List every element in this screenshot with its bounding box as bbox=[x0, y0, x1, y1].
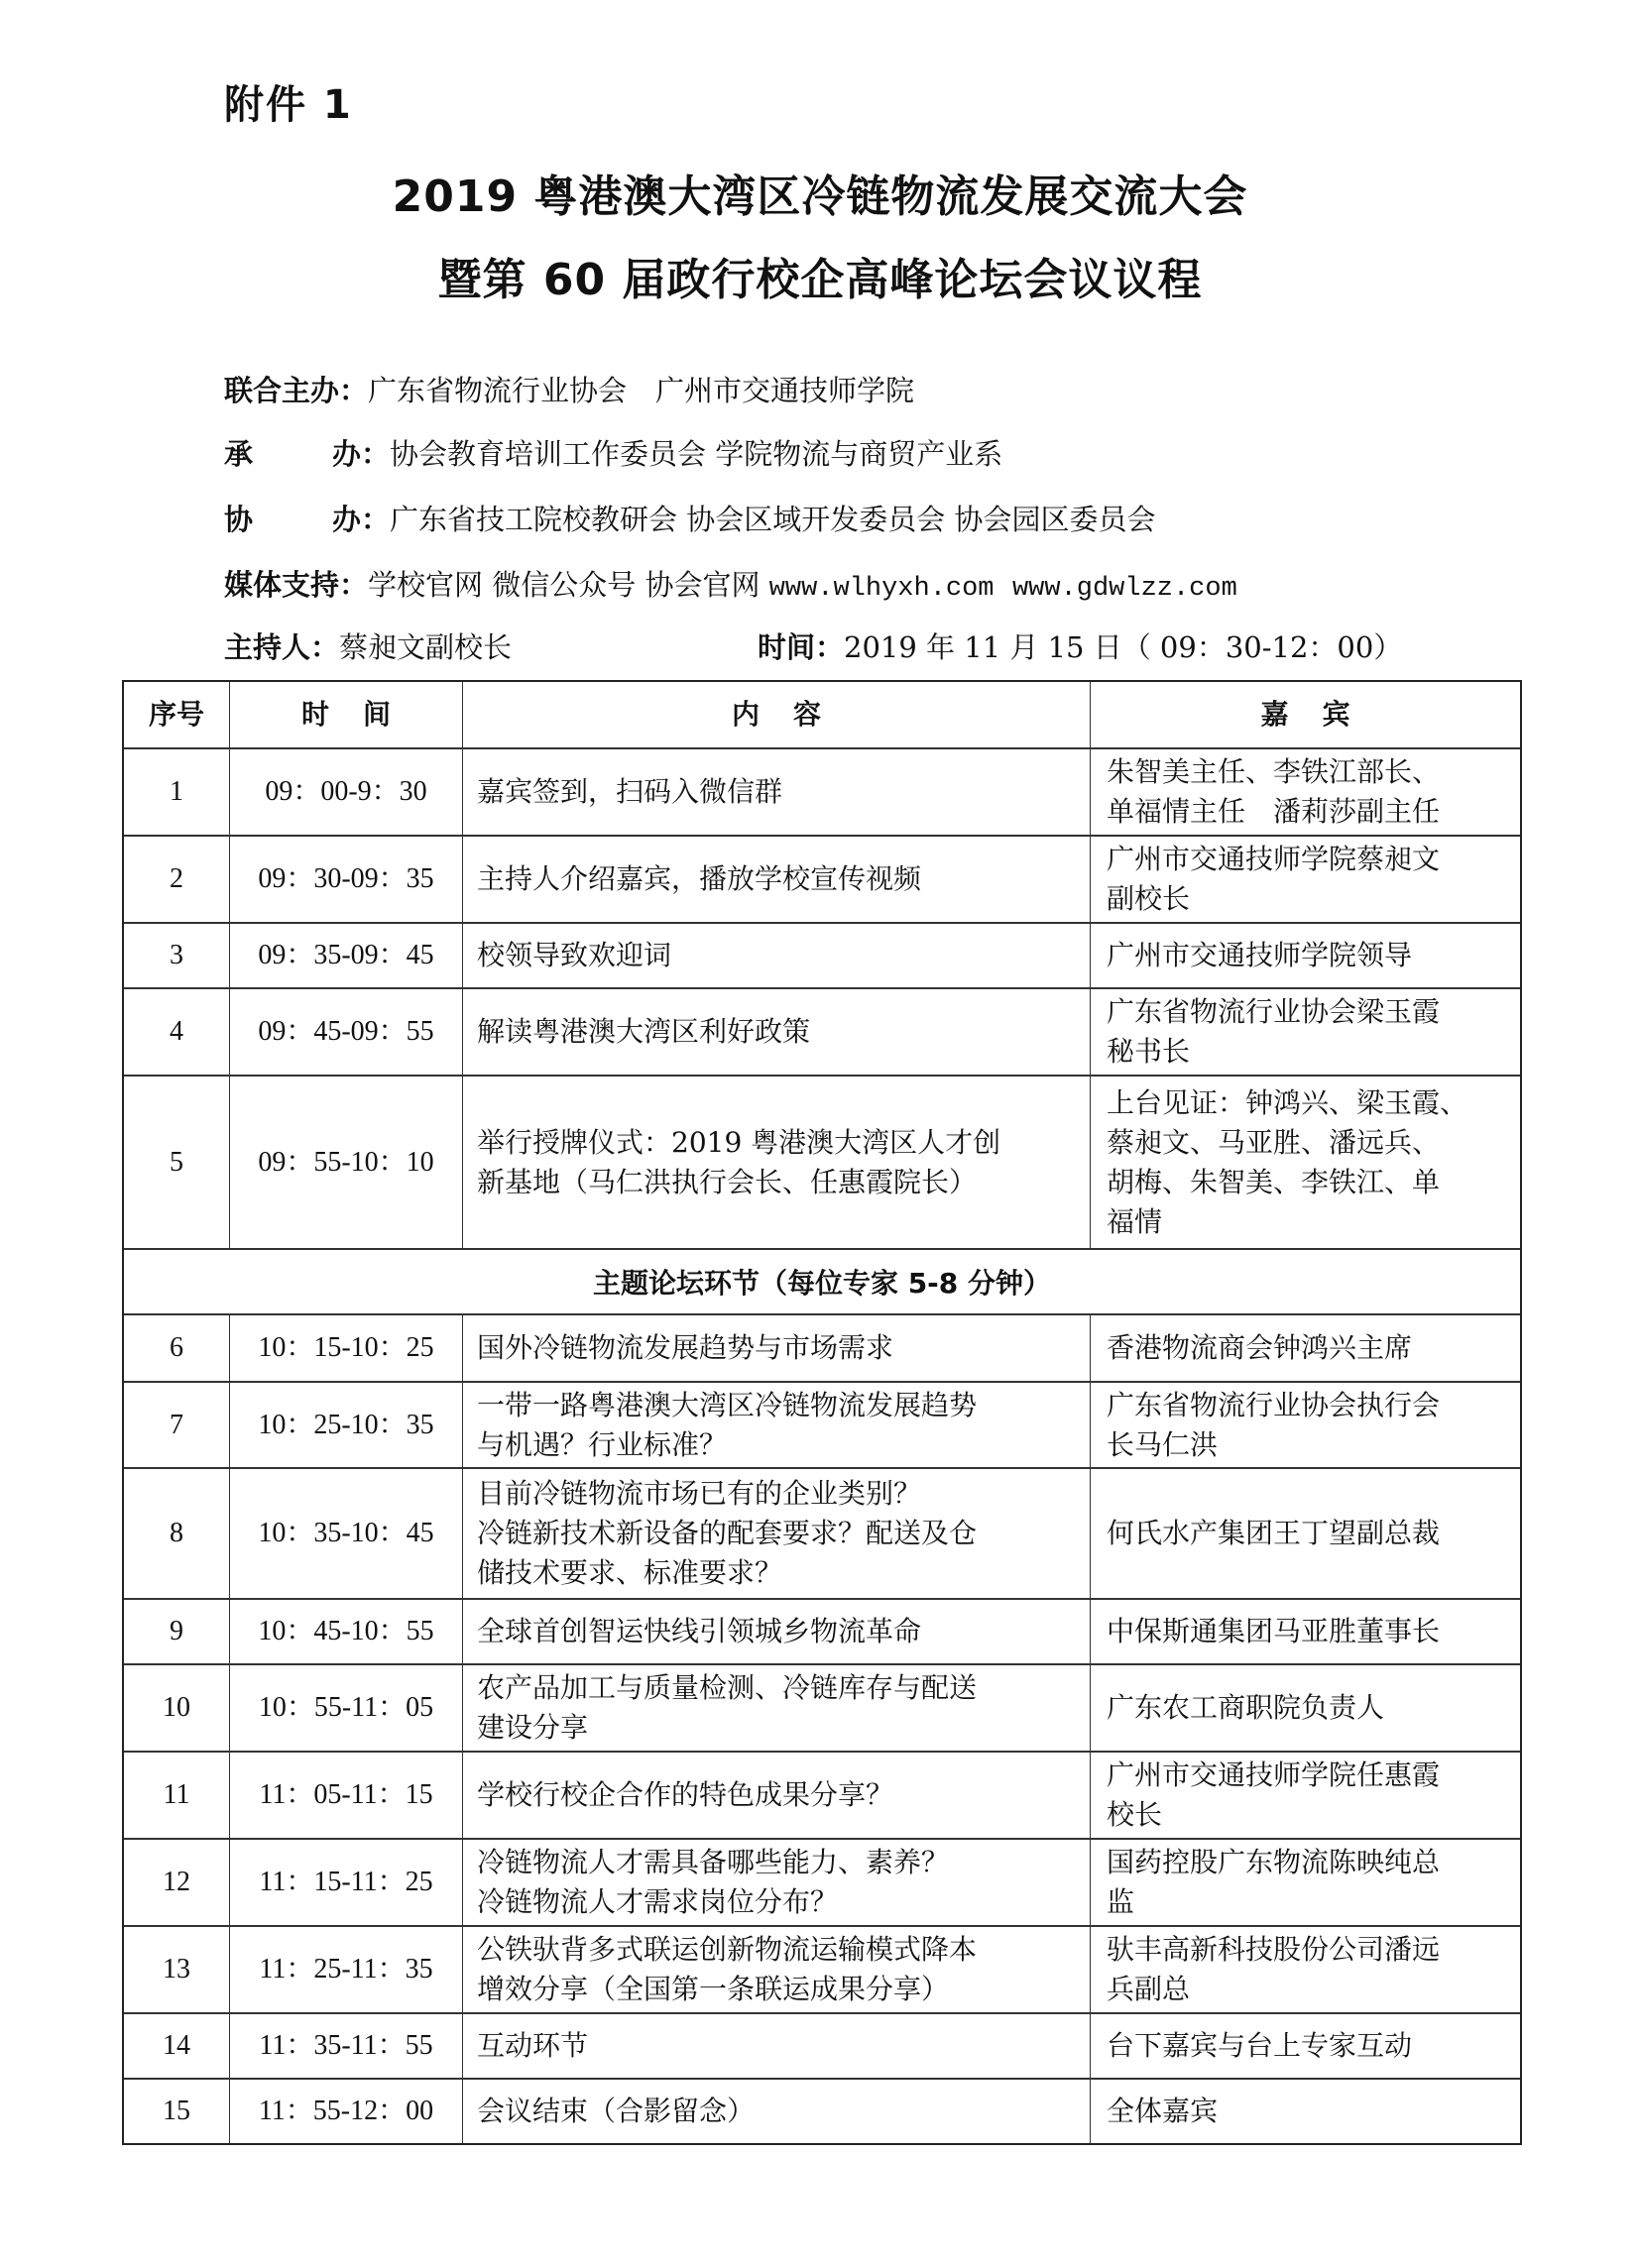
content-line: 国外冷链物流发展趋势与市场需求 bbox=[477, 1328, 893, 1368]
co-host-label-char: 办： bbox=[332, 502, 390, 537]
row-guest: 香港物流商会钟鸿兴主席 bbox=[1090, 1315, 1520, 1381]
row-content: 冷链物流人才需具备哪些能力、素养？冷链物流人才需求岗位分布？ bbox=[462, 1840, 1090, 1925]
guest-line: 广东农工商职院负责人 bbox=[1107, 1688, 1384, 1728]
row-content: 校领导致欢迎词 bbox=[462, 924, 1090, 987]
content-line: 主持人介绍嘉宾，播放学校宣传视频 bbox=[477, 859, 921, 899]
row-content: 学校行校企合作的特色成果分享？ bbox=[462, 1753, 1090, 1838]
row-content: 目前冷链物流市场已有的企业类别？冷链新技术新设备的配套要求？配送及仓储技术要求、… bbox=[462, 1469, 1090, 1598]
attachment-label: 附件 1 bbox=[224, 73, 353, 130]
row-number: 8 bbox=[124, 1469, 229, 1598]
row-guest: 广州市交通技师学院任惠霞校长 bbox=[1090, 1753, 1520, 1838]
table-row: 1111：05-11：15学校行校企合作的特色成果分享？广州市交通技师学院任惠霞… bbox=[124, 1751, 1520, 1838]
row-content: 互动环节 bbox=[462, 2014, 1090, 2078]
co-organizers-label: 联合主办： bbox=[224, 373, 368, 408]
guest-line: 驮丰高新科技股份公司潘远 bbox=[1107, 1930, 1440, 1970]
row-time: 11：05-11：15 bbox=[229, 1753, 462, 1838]
content-line: 互动环节 bbox=[477, 2026, 588, 2066]
header-time-label: 时间 bbox=[301, 695, 424, 735]
row-time: 09：55-10：10 bbox=[229, 1077, 462, 1248]
content-line: 冷链物流人才需求岗位分布？ bbox=[477, 1882, 949, 1922]
row-guest: 广东省物流行业协会梁玉霞秘书长 bbox=[1090, 989, 1520, 1075]
section-title: 主题论坛环节（每位专家 5-8 分钟） bbox=[124, 1250, 1520, 1313]
row-number: 15 bbox=[124, 2080, 229, 2143]
table-row: 810：35-10：45目前冷链物流市场已有的企业类别？冷链新技术新设备的配套要… bbox=[124, 1467, 1520, 1598]
row-guest: 朱智美主任、李铁江部长、单福情主任 潘莉莎副主任 bbox=[1090, 749, 1520, 835]
co-organizers-value: 广东省物流行业协会 广州市交通技师学院 bbox=[368, 374, 914, 407]
header-content: 内容 bbox=[462, 682, 1090, 747]
table-row: 1511：55-12：00会议结束（合影留念）全体嘉宾 bbox=[124, 2078, 1520, 2143]
row-time: 11：15-11：25 bbox=[229, 1840, 462, 1925]
row-content: 全球首创智运快线引领城乡物流革命 bbox=[462, 1600, 1090, 1663]
guest-line: 长马仁洪 bbox=[1107, 1425, 1440, 1465]
guest-line: 广东省物流行业协会执行会 bbox=[1107, 1386, 1440, 1425]
guest-line: 广州市交通技师学院任惠霞 bbox=[1107, 1756, 1440, 1795]
content-line: 全球首创智运快线引领城乡物流革命 bbox=[477, 1612, 921, 1651]
table-row: 610：15-10：25国外冷链物流发展趋势与市场需求香港物流商会钟鸿兴主席 bbox=[124, 1313, 1520, 1381]
header-guest: 嘉宾 bbox=[1090, 682, 1520, 747]
table-row: 1311：25-11：35公铁驮背多式联运创新物流运输模式降本增效分享（全国第一… bbox=[124, 1925, 1520, 2012]
co-host-line: 协办：广东省技工院校教研会 协会区域开发委员会 协会园区委员会 bbox=[224, 502, 1155, 537]
document-title-line-1: 2019 粤港澳大湾区冷链物流发展交流大会 bbox=[0, 161, 1640, 224]
table-row: 910：45-10：55全球首创智运快线引领城乡物流革命中保斯通集团马亚胜董事长 bbox=[124, 1598, 1520, 1663]
content-line: 学校行校企合作的特色成果分享？ bbox=[477, 1775, 893, 1815]
host-label: 主持人： bbox=[224, 629, 339, 665]
content-line: 一带一路粤港澳大湾区冷链物流发展趋势 bbox=[477, 1386, 977, 1425]
guest-line: 朱智美主任、李铁江部长、 bbox=[1107, 752, 1440, 792]
row-number: 9 bbox=[124, 1600, 229, 1663]
row-content: 主持人介绍嘉宾，播放学校宣传视频 bbox=[462, 837, 1090, 922]
content-line: 冷链新技术新设备的配套要求？配送及仓 bbox=[477, 1514, 977, 1553]
guest-line: 何氏水产集团王丁望副总裁 bbox=[1107, 1514, 1440, 1553]
guest-line: 副校长 bbox=[1107, 879, 1440, 919]
co-host-label: 协办： bbox=[224, 502, 390, 537]
row-time: 11：55-12：00 bbox=[229, 2080, 462, 2143]
table-row: 710：25-10：35一带一路粤港澳大湾区冷链物流发展趋势与机遇？行业标准？广… bbox=[124, 1381, 1520, 1467]
row-time: 10：35-10：45 bbox=[229, 1469, 462, 1598]
row-number: 3 bbox=[124, 924, 229, 987]
guest-line: 兵副总 bbox=[1107, 1970, 1440, 2009]
table-row: 409：45-09：55解读粤港澳大湾区利好政策广东省物流行业协会梁玉霞秘书长 bbox=[124, 987, 1520, 1075]
table-header-row: 序号 时间 内容 嘉宾 bbox=[124, 682, 1520, 747]
row-guest: 广州市交通技师学院蔡昶文副校长 bbox=[1090, 837, 1520, 922]
co-host-label-char: 协 bbox=[224, 502, 253, 537]
organizer-label: 承办： bbox=[224, 436, 390, 472]
row-guest: 全体嘉宾 bbox=[1090, 2080, 1520, 2143]
row-guest: 国药控股广东物流陈映纯总监 bbox=[1090, 1840, 1520, 1925]
meeting-time-label: 时间： bbox=[758, 630, 844, 664]
row-time: 10：25-10：35 bbox=[229, 1383, 462, 1467]
row-number: 7 bbox=[124, 1383, 229, 1467]
row-number: 10 bbox=[124, 1665, 229, 1751]
media-support-label: 媒体支持： bbox=[224, 567, 368, 603]
header-content-label: 内容 bbox=[732, 695, 855, 735]
guest-line: 校长 bbox=[1107, 1795, 1440, 1835]
guest-line: 福情 bbox=[1107, 1202, 1467, 1242]
content-line: 公铁驮背多式联运创新物流运输模式降本 bbox=[477, 1930, 977, 1970]
guest-line: 胡梅、朱智美、李铁江、单 bbox=[1107, 1163, 1467, 1202]
content-line: 目前冷链物流市场已有的企业类别？ bbox=[477, 1474, 977, 1514]
row-time: 10：15-10：25 bbox=[229, 1315, 462, 1381]
row-content: 解读粤港澳大湾区利好政策 bbox=[462, 989, 1090, 1075]
content-line: 建设分享 bbox=[477, 1708, 977, 1748]
content-line: 举行授牌仪式：2019 粤港澳大湾区人才创 bbox=[477, 1123, 1000, 1163]
header-guest-label: 嘉宾 bbox=[1260, 695, 1383, 735]
media-url-1[interactable]: www.wlhyxh.com bbox=[769, 574, 995, 604]
row-guest: 广州市交通技师学院领导 bbox=[1090, 924, 1520, 987]
header-no: 序号 bbox=[124, 682, 229, 747]
row-time: 09：00-9：30 bbox=[229, 749, 462, 835]
table-row: 1010：55-11：05农产品加工与质量检测、冷链库存与配送建设分享广东农工商… bbox=[124, 1663, 1520, 1751]
row-time: 11：25-11：35 bbox=[229, 1927, 462, 2012]
guest-line: 广州市交通技师学院领导 bbox=[1107, 936, 1412, 975]
guest-line: 台下嘉宾与台上专家互动 bbox=[1107, 2026, 1412, 2066]
row-time: 09：35-09：45 bbox=[229, 924, 462, 987]
row-guest: 台下嘉宾与台上专家互动 bbox=[1090, 2014, 1520, 2078]
section-row: 主题论坛环节（每位专家 5-8 分钟） bbox=[124, 1248, 1520, 1313]
guest-line: 监 bbox=[1107, 1882, 1440, 1922]
media-support-value: 学校官网 微信公众号 协会官网 bbox=[368, 568, 760, 602]
row-number: 4 bbox=[124, 989, 229, 1075]
content-line: 农产品加工与质量检测、冷链库存与配送 bbox=[477, 1668, 977, 1708]
organizer-label-char: 办： bbox=[332, 436, 390, 472]
content-line: 嘉宾签到，扫码入微信群 bbox=[477, 772, 782, 812]
content-line: 会议结束（合影留念） bbox=[477, 2092, 755, 2131]
content-line: 储技术要求、标准要求？ bbox=[477, 1553, 977, 1593]
content-line: 新基地（马仁洪执行会长、任惠霞院长） bbox=[477, 1163, 1000, 1202]
row-content: 一带一路粤港澳大湾区冷链物流发展趋势与机遇？行业标准？ bbox=[462, 1383, 1090, 1467]
organizer-label-char: 承 bbox=[224, 436, 253, 472]
row-number: 5 bbox=[124, 1077, 229, 1248]
host-value: 蔡昶文副校长 bbox=[339, 630, 512, 664]
host-line: 主持人：蔡昶文副校长 bbox=[224, 629, 512, 665]
row-content: 会议结束（合影留念） bbox=[462, 2080, 1090, 2143]
content-line: 校领导致欢迎词 bbox=[477, 936, 671, 975]
row-time: 09：45-09：55 bbox=[229, 989, 462, 1075]
content-line: 与机遇？行业标准？ bbox=[477, 1425, 977, 1465]
co-organizers-line: 联合主办：广东省物流行业协会 广州市交通技师学院 bbox=[224, 373, 914, 408]
guest-line: 单福情主任 潘莉莎副主任 bbox=[1107, 792, 1440, 832]
header-time: 时间 bbox=[229, 682, 462, 747]
row-time: 10：45-10：55 bbox=[229, 1600, 462, 1663]
row-guest: 广东农工商职院负责人 bbox=[1090, 1665, 1520, 1751]
co-host-value: 广东省技工院校教研会 协会区域开发委员会 协会园区委员会 bbox=[390, 503, 1155, 536]
agenda-table: 序号 时间 内容 嘉宾 109：00-9：30嘉宾签到，扫码入微信群朱智美主任、… bbox=[122, 680, 1522, 2145]
row-content: 农产品加工与质量检测、冷链库存与配送建设分享 bbox=[462, 1665, 1090, 1751]
table-row: 509：55-10：10举行授牌仪式：2019 粤港澳大湾区人才创新基地（马仁洪… bbox=[124, 1075, 1520, 1248]
table-row: 1211：15-11：25冷链物流人才需具备哪些能力、素养？冷链物流人才需求岗位… bbox=[124, 1838, 1520, 1925]
guest-line: 广州市交通技师学院蔡昶文 bbox=[1107, 840, 1440, 879]
guest-line: 秘书长 bbox=[1107, 1032, 1440, 1072]
row-guest: 广东省物流行业协会执行会长马仁洪 bbox=[1090, 1383, 1520, 1467]
row-guest: 驮丰高新科技股份公司潘远兵副总 bbox=[1090, 1927, 1520, 2012]
row-time: 09：30-09：35 bbox=[229, 837, 462, 922]
meeting-time-value: 2019 年 11 月 15 日（ 09：30-12：00） bbox=[844, 630, 1402, 664]
content-line: 冷链物流人才需具备哪些能力、素养？ bbox=[477, 1843, 949, 1882]
row-time: 11：35-11：55 bbox=[229, 2014, 462, 2078]
row-number: 13 bbox=[124, 1927, 229, 2012]
content-line: 解读粤港澳大湾区利好政策 bbox=[477, 1012, 810, 1052]
row-number: 1 bbox=[124, 749, 229, 835]
guest-line: 中保斯通集团马亚胜董事长 bbox=[1107, 1612, 1440, 1651]
document-title-line-2: 暨第 60 届政行校企高峰论坛会议议程 bbox=[0, 244, 1640, 307]
guest-line: 国药控股广东物流陈映纯总 bbox=[1107, 1843, 1440, 1882]
guest-line: 蔡昶文、马亚胜、潘远兵、 bbox=[1107, 1123, 1467, 1163]
row-guest: 何氏水产集团王丁望副总裁 bbox=[1090, 1469, 1520, 1598]
table-row: 1411：35-11：55互动环节台下嘉宾与台上专家互动 bbox=[124, 2012, 1520, 2078]
media-support-line: 媒体支持：学校官网 微信公众号 协会官网 www.wlhyxh.com www.… bbox=[224, 567, 1237, 607]
row-number: 12 bbox=[124, 1840, 229, 1925]
row-number: 11 bbox=[124, 1753, 229, 1838]
row-number: 14 bbox=[124, 2014, 229, 2078]
row-number: 6 bbox=[124, 1315, 229, 1381]
row-number: 2 bbox=[124, 837, 229, 922]
row-guest: 中保斯通集团马亚胜董事长 bbox=[1090, 1600, 1520, 1663]
row-content: 举行授牌仪式：2019 粤港澳大湾区人才创新基地（马仁洪执行会长、任惠霞院长） bbox=[462, 1077, 1090, 1248]
guest-line: 香港物流商会钟鸿兴主席 bbox=[1107, 1328, 1412, 1368]
row-content: 嘉宾签到，扫码入微信群 bbox=[462, 749, 1090, 835]
organizer-value: 协会教育培训工作委员会 学院物流与商贸产业系 bbox=[390, 437, 1002, 471]
organizer-line: 承办：协会教育培训工作委员会 学院物流与商贸产业系 bbox=[224, 436, 1002, 472]
table-row: 109：00-9：30嘉宾签到，扫码入微信群朱智美主任、李铁江部长、单福情主任 … bbox=[124, 747, 1520, 835]
guest-line: 全体嘉宾 bbox=[1107, 2092, 1218, 2131]
table-row: 309：35-09：45校领导致欢迎词广州市交通技师学院领导 bbox=[124, 922, 1520, 987]
table-row: 209：30-09：35主持人介绍嘉宾，播放学校宣传视频广州市交通技师学院蔡昶文… bbox=[124, 835, 1520, 922]
media-url-2[interactable]: www.gdwlzz.com bbox=[1012, 574, 1237, 604]
meeting-time-line: 时间：2019 年 11 月 15 日（ 09：30-12：00） bbox=[758, 629, 1402, 665]
guest-line: 广东省物流行业协会梁玉霞 bbox=[1107, 992, 1440, 1032]
row-content: 公铁驮背多式联运创新物流运输模式降本增效分享（全国第一条联运成果分享） bbox=[462, 1927, 1090, 2012]
guest-line: 上台见证：钟鸿兴、梁玉霞、 bbox=[1107, 1083, 1467, 1123]
row-time: 10：55-11：05 bbox=[229, 1665, 462, 1751]
content-line: 增效分享（全国第一条联运成果分享） bbox=[477, 1970, 977, 2009]
row-guest: 上台见证：钟鸿兴、梁玉霞、蔡昶文、马亚胜、潘远兵、胡梅、朱智美、李铁江、单福情 bbox=[1090, 1077, 1520, 1248]
row-content: 国外冷链物流发展趋势与市场需求 bbox=[462, 1315, 1090, 1381]
